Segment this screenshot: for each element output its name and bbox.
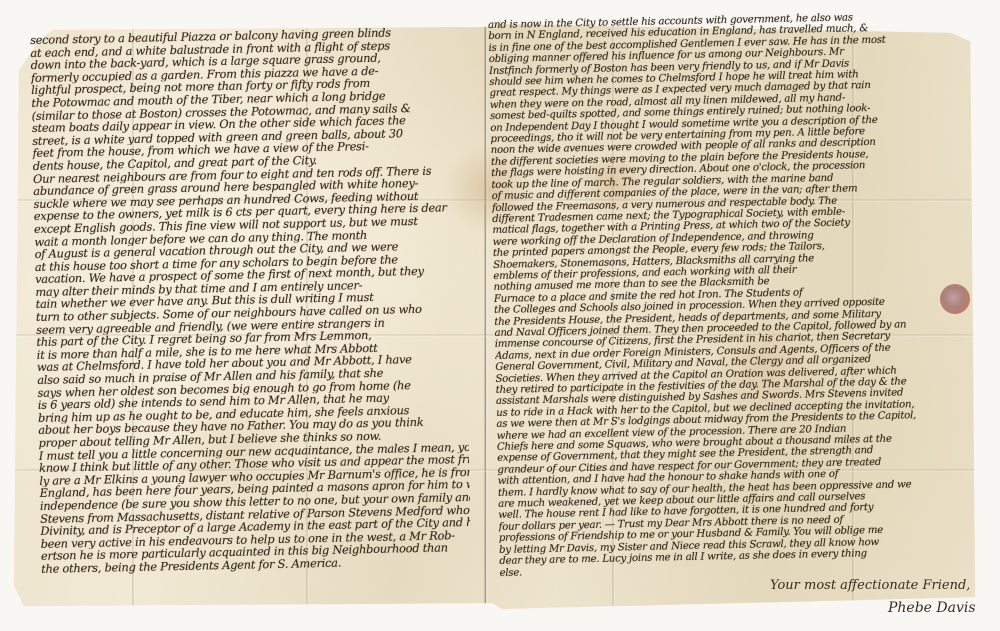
left-page-text: second story to a beautiful Piazza or ba… (30, 25, 471, 575)
photo-stage: second story to a beautiful Piazza or ba… (0, 0, 1000, 631)
wax-seal-remnant (940, 284, 970, 314)
right-page-text: and is now in the City to settle his acc… (488, 10, 958, 578)
signature: Phebe Davis (888, 600, 976, 616)
valediction: Your most affectionate Friend, (770, 578, 970, 593)
center-fold (484, 24, 488, 609)
